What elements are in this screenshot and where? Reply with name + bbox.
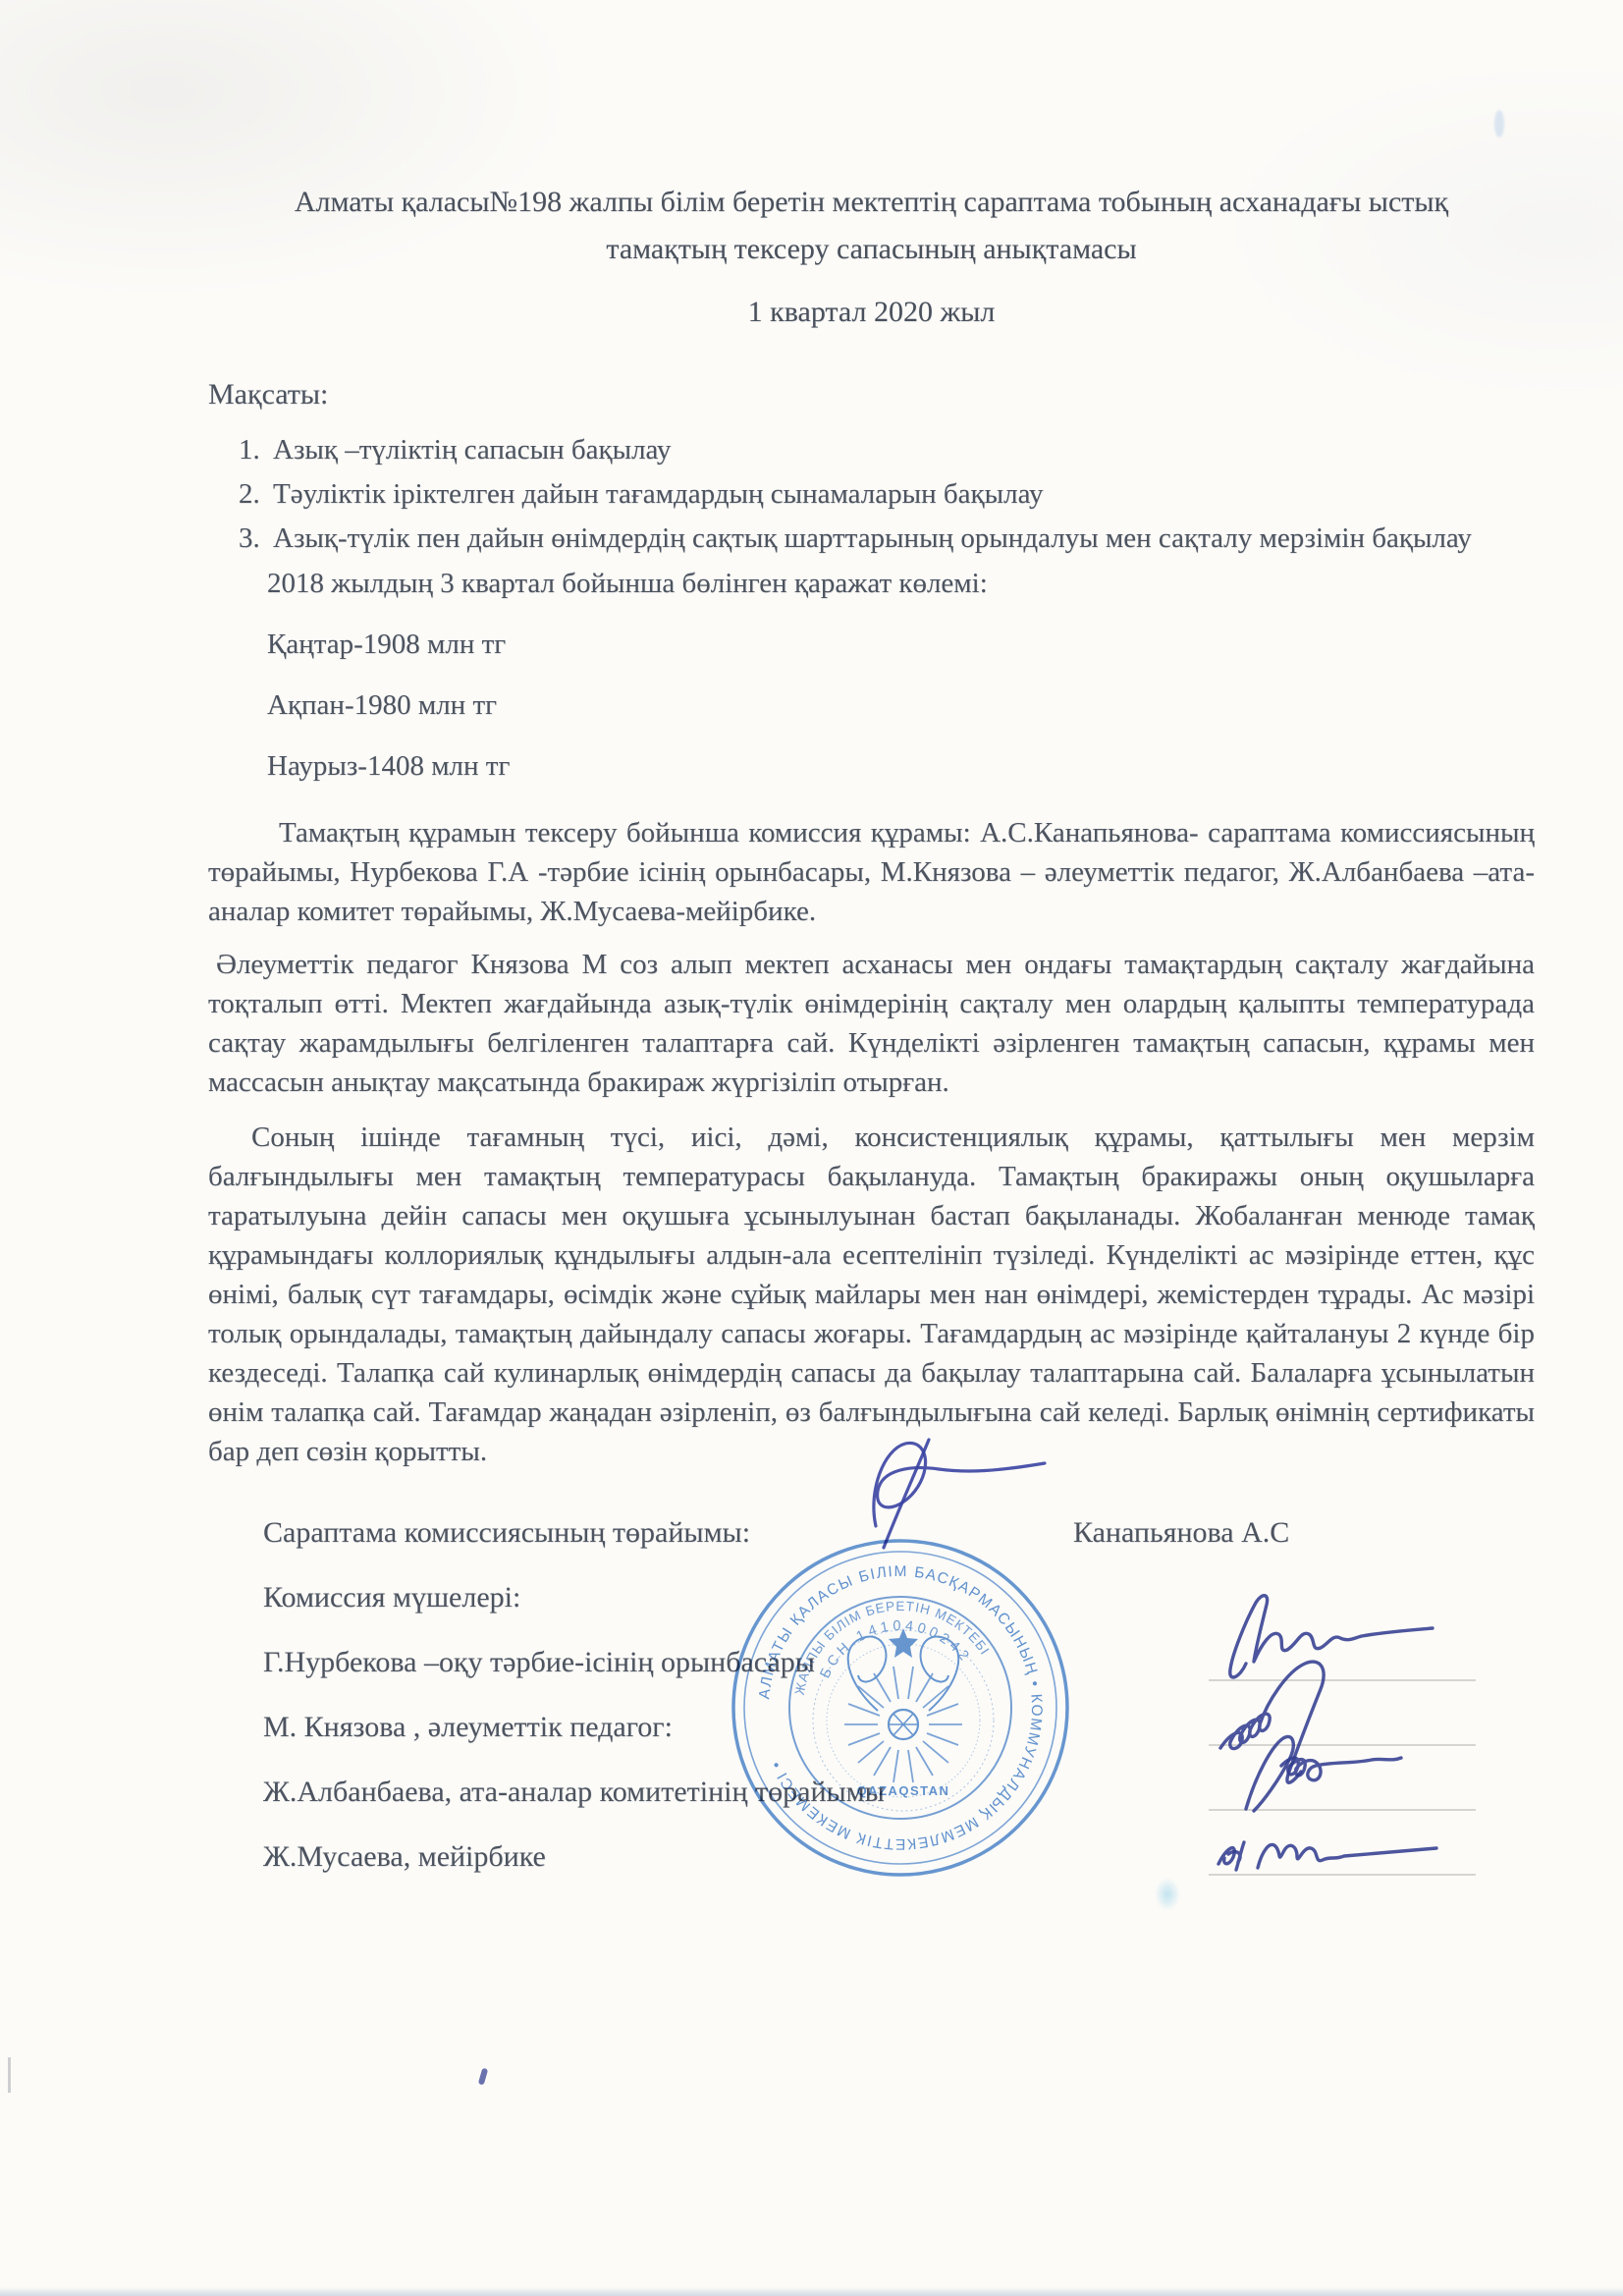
scan-speck-cyan bbox=[1155, 1878, 1180, 1911]
signature-musaeva-handwriting bbox=[1201, 1803, 1456, 1891]
commission-composition-paragraph: Тамақтың құрамын тексеру бойынша комисси… bbox=[208, 813, 1535, 931]
scan-bottom-edge bbox=[0, 2287, 1623, 2296]
document-period: 1 квартал 2020 жыл bbox=[208, 291, 1535, 334]
purpose-item-1: Азық –түліктің сапасын бақылау bbox=[267, 428, 1535, 471]
purpose-heading: Мақсаты: bbox=[208, 373, 1535, 416]
official-round-stamp: АЛМАТЫ ҚАЛАСЫ БІЛІМ БАСҚАРМАСЫНЫҢ • КОММ… bbox=[730, 1538, 1070, 1878]
signature-area bbox=[1201, 1834, 1574, 1880]
budget-intro: 2018 жылдың 3 квартал бойынша бөлінген қ… bbox=[267, 562, 1535, 605]
pedagog-report-paragraph: Әлеуметтік педагог Князова М соз алып ме… bbox=[208, 945, 1535, 1102]
chair-name: Канапьянова А.С bbox=[1073, 1510, 1289, 1556]
document-title: Алматы қаласы№198 жалпы білім беретін ме… bbox=[248, 179, 1495, 273]
budget-line-january: Қаңтар-1908 млн тг bbox=[267, 623, 1535, 666]
scan-ink-mark bbox=[478, 2068, 488, 2086]
chair-label: Сараптама комиссиясының төрайымы: bbox=[263, 1516, 750, 1549]
purpose-list: Азық –түліктің сапасын бақылау Тәуліктік… bbox=[208, 428, 1535, 560]
scan-edge-mark bbox=[8, 2057, 11, 2093]
purpose-item-2: Тәуліктік іріктелген дайын тағамдардың с… bbox=[267, 472, 1535, 516]
purpose-item-3: Азық-түлік пен дайын өнімдердің сақтық ш… bbox=[267, 517, 1535, 560]
inspection-details-paragraph: Соның ішінде тағамның түсі, иісі, дәмі, … bbox=[208, 1118, 1535, 1471]
member-label: Ж.Мусаева, мейірбике bbox=[263, 1840, 546, 1873]
scanned-document-page: Алматы қаласы№198 жалпы білім беретін ме… bbox=[0, 0, 1623, 2296]
member-label: М. Князова , әлеуметтік педагог: bbox=[263, 1711, 673, 1743]
stamp-center-text: QAZAQSTAN bbox=[857, 1783, 950, 1798]
budget-line-february: Ақпан-1980 млн тг bbox=[267, 683, 1535, 727]
budget-line-march: Наурыз-1408 млн тг bbox=[267, 744, 1535, 788]
